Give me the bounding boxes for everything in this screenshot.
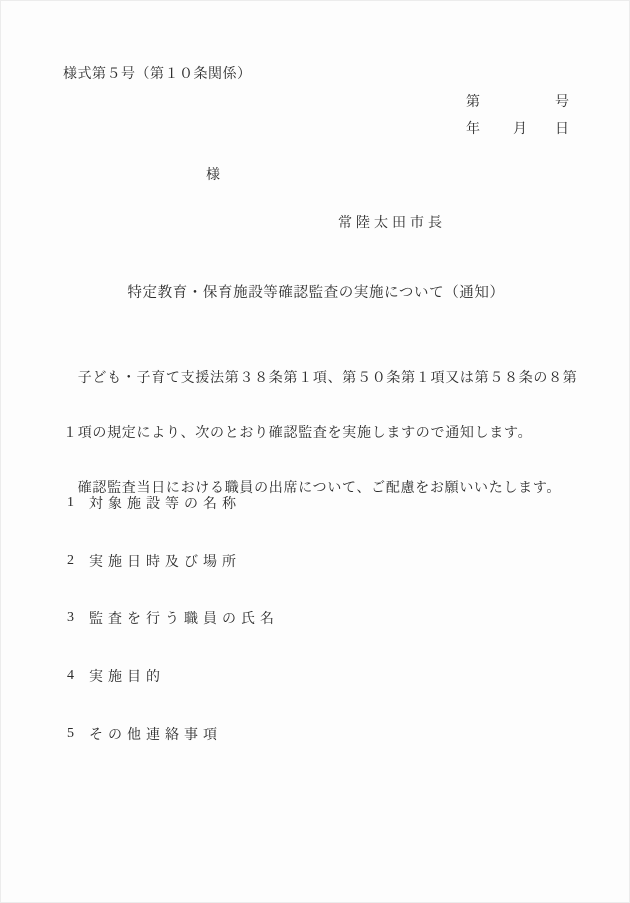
list-item: 3 監査を行う職員の氏名	[63, 606, 463, 632]
list-item-number: 4	[63, 668, 89, 684]
list-item-number: 1	[63, 495, 89, 511]
document-title: 特定教育・保育施設等確認監査の実施について（通知）	[1, 281, 630, 302]
date-year-label: 年	[466, 118, 480, 138]
list-item: 1 対象施設等の名称	[63, 490, 463, 516]
sender-name: 常陸太田市長	[338, 212, 446, 232]
list-item: 4 実施目的	[63, 663, 463, 689]
doc-number-suffix: 号	[555, 91, 569, 111]
list-item-number: 5	[63, 726, 89, 742]
doc-number-prefix: 第	[466, 91, 480, 111]
list-item-label: 実施目的	[89, 666, 165, 686]
notice-item-list: 1 対象施設等の名称 2 実施日時及び場所 3 監査を行う職員の氏名 4 実施目…	[63, 458, 463, 779]
body-line: １項の規定により、次のとおり確認監査を実施しますので通知します。	[63, 422, 579, 445]
addressee-honorific: 様	[206, 164, 220, 184]
list-item-label: 対象施設等の名称	[89, 493, 241, 513]
list-item-number: 3	[63, 610, 89, 626]
date-month-label: 月	[513, 118, 527, 138]
list-item: 5 その他連絡事項	[63, 721, 463, 747]
date-day-label: 日	[555, 118, 569, 138]
list-item-label: 実施日時及び場所	[89, 551, 241, 571]
list-item: 2 実施日時及び場所	[63, 548, 463, 574]
list-item-number: 2	[63, 553, 89, 569]
list-item-label: その他連絡事項	[89, 724, 222, 744]
list-item-label: 監査を行う職員の氏名	[89, 608, 279, 628]
form-number: 様式第５号（第１０条関係）	[63, 63, 252, 83]
body-line: 子ども・子育て支援法第３８条第１項、第５０条第１項又は第５８条の８第	[63, 367, 579, 390]
document-page: 様式第５号（第１０条関係） 第 号 年 月 日 様 常陸太田市長 特定教育・保育…	[0, 0, 630, 903]
